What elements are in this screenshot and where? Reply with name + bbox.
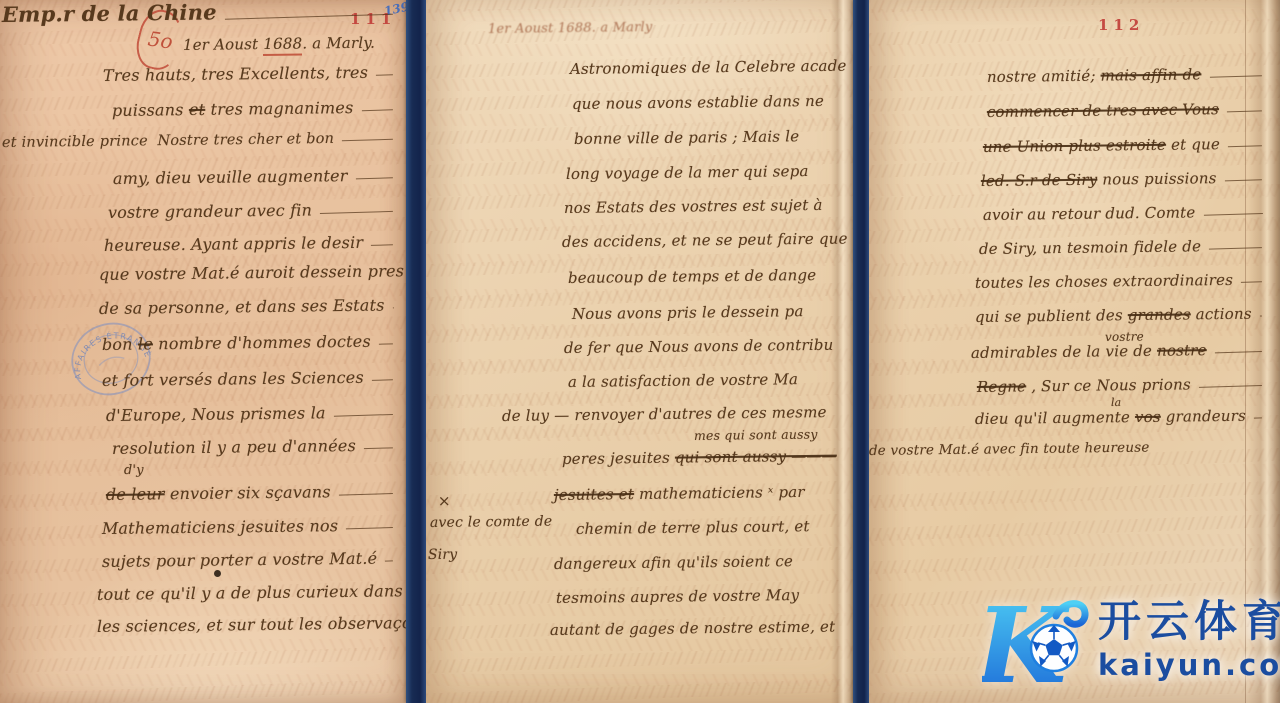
manuscript-line: de fer que Nous avons de contribu <box>564 336 834 357</box>
manuscript-line: nostre amitié; mais affin de <box>987 65 1265 86</box>
line-filler-stroke <box>361 109 392 111</box>
page-fold-edge <box>831 0 853 703</box>
line-filler-stroke <box>225 14 393 20</box>
line-filler-stroke <box>356 177 393 179</box>
manuscript-line: d'Europe, Nous prismes la <box>106 402 396 425</box>
line-filler-stroke <box>1228 145 1262 147</box>
date-line: 1er Aoust 1688. a Marly. <box>183 34 375 54</box>
manuscript-scan: 139 111 5o AFFAIRES ÉTRANGÈRES Emp.r de … <box>0 0 1280 703</box>
manuscript-line: heureuse. Ayant appris le desir <box>104 232 396 255</box>
page-divider <box>853 0 869 703</box>
line-filler-stroke <box>1227 110 1262 112</box>
kaiyun-logo: K <box>982 590 1090 692</box>
margin-insert-mark: × <box>438 492 451 510</box>
margin-note: avec le comte de <box>430 514 553 531</box>
manuscript-line: bon le nombre d'hommes doctes <box>102 331 396 354</box>
manuscript-line: tesmoins aupres de vostre May <box>556 586 800 607</box>
manuscript-line: beaucoup de temps et de dange <box>568 266 817 287</box>
manuscript-line: peres jesuites qui sont aussy ——— <box>562 447 837 468</box>
page-divider <box>406 0 426 703</box>
manuscript-line: nos Estats des vostres est sujet à <box>564 196 823 217</box>
soccer-ball-icon <box>1031 625 1077 671</box>
manuscript-line: que vostre Mat.é auroit dessein pres <box>99 261 396 284</box>
manuscript-line: admirables de la vie de nostre <box>971 340 1265 362</box>
manuscript-line: tout ce qu'il y a de plus curieux dans <box>97 581 396 604</box>
manuscript-line: bonne ville de paris ; Mais le <box>574 127 800 148</box>
line-filler-stroke <box>364 447 393 449</box>
manuscript-line: une Union plus estroite et que <box>983 135 1265 156</box>
manuscript-line: dieu qu'il augmente vos grandeurs <box>975 406 1265 428</box>
manuscript-line: long voyage de la mer qui sepa <box>566 162 809 183</box>
interline-insert: la <box>1111 396 1122 409</box>
line-filler-stroke <box>342 139 393 142</box>
line-filler-stroke <box>1225 179 1262 181</box>
line-filler-stroke <box>376 74 393 75</box>
line-filler-stroke <box>334 414 393 417</box>
line-filler-stroke <box>1215 351 1262 353</box>
manuscript-line: dangereux afin qu'ils soient ce <box>554 552 793 573</box>
watermark-domain: kaiyun.com <box>1098 648 1280 682</box>
manuscript-line: amy, dieu veuille augmenter <box>113 166 396 188</box>
manuscript-line: de sa personne, et dans ses Estats <box>99 295 396 318</box>
archive-stamp: AFFAIRES ÉTRANGÈRES <box>58 308 163 411</box>
manuscript-page-middle: 1er Aoust 1688. a MarlyAstronomiques de … <box>426 0 853 703</box>
manuscript-line: que nous avons establie dans ne <box>572 92 824 113</box>
manuscript-line: les sciences, et sur tout les observaçon… <box>97 613 406 636</box>
line-filler-stroke <box>346 527 393 529</box>
manuscript-line: puissans et tres magnanimes <box>112 98 396 120</box>
manuscript-line: mes qui sont aussy <box>694 426 818 443</box>
manuscript-line: des accidens, et ne se peut faire que <box>562 230 848 251</box>
line-filler-stroke <box>385 560 393 561</box>
manuscript-line: toutes les choses extraordinaires <box>975 270 1265 292</box>
line-filler-stroke <box>320 211 393 214</box>
line-filler-stroke <box>1241 281 1262 283</box>
line-filler-stroke <box>1203 213 1262 216</box>
line-filler-stroke <box>1260 315 1262 316</box>
manuscript-line: Tres hauts, tres Excellents, tres <box>103 62 396 85</box>
manuscript-line: commencer de tres avec Vous <box>987 100 1265 121</box>
manuscript-line: Mathematiciens jesuites nos <box>102 515 396 538</box>
watermark-chinese-title: 开云体育 <box>1098 600 1280 645</box>
header-inscription: Emp.r de la Chine <box>2 0 396 27</box>
manuscript-line: Nous avons pris le dessein pa <box>572 302 804 323</box>
watermark-text-block: 开云体育 kaiyun.com <box>1098 600 1280 682</box>
manuscript-line: autant de gages de nostre estime, et <box>550 618 836 639</box>
manuscript-line: Astronomiques de la Celebre acade <box>570 57 847 78</box>
line-filler-stroke <box>372 379 393 381</box>
folio-number-red: 112 <box>1098 16 1144 34</box>
line-filler-stroke <box>1199 385 1262 388</box>
manuscript-line: de leur envoier six sçavans <box>106 481 396 504</box>
manuscript-line: Regne , Sur ce Nous prions <box>977 374 1265 396</box>
manuscript-line: vostre grandeur avec fin <box>108 199 396 222</box>
manuscript-line: et fort versés dans les Sciences <box>102 367 396 390</box>
manuscript-line: jesuites et mathematiciens ˣ par <box>554 483 805 504</box>
manuscript-line: et invincible prince Nostre tres cher et… <box>2 130 396 151</box>
line-filler-stroke <box>339 493 393 496</box>
ink-blot <box>214 570 221 577</box>
manuscript-line: qui se publient des grandes actions <box>975 304 1265 326</box>
manuscript-line: de Siry, un tesmoin fidele de <box>979 237 1265 258</box>
manuscript-line: chemin de terre plus court, et <box>576 517 810 538</box>
margin-note: Siry <box>428 547 458 563</box>
line-filler-stroke <box>1209 247 1262 250</box>
manuscript-line: led. S.r de Siry nous puissions <box>981 169 1265 190</box>
manuscript-line: de vostre Mat.é avec fin toute heureuse <box>869 440 1150 459</box>
line-filler-stroke <box>1209 75 1261 78</box>
line-filler-stroke <box>379 343 393 344</box>
manuscript-line: resolution il y a peu d'années <box>112 436 396 458</box>
manuscript-line: a la satisfaction de vostre Ma <box>568 370 798 391</box>
bleedthrough-date: 1er Aoust 1688. a Marly <box>488 20 653 37</box>
manuscript-line: sujets pour porter a vostre Mat.é <box>102 548 396 571</box>
manuscript-line: d'y <box>124 463 144 478</box>
kaiyun-watermark: K <box>982 590 1280 692</box>
manuscript-line: avoir au retour dud. Comte <box>983 203 1265 224</box>
manuscript-line: de luy — renvoyer d'autres de ces mesme <box>502 403 827 425</box>
line-filler-stroke <box>1254 417 1262 418</box>
line-filler-stroke <box>371 244 393 246</box>
manuscript-page-left: 139 111 5o AFFAIRES ÉTRANGÈRES Emp.r de … <box>0 0 406 703</box>
